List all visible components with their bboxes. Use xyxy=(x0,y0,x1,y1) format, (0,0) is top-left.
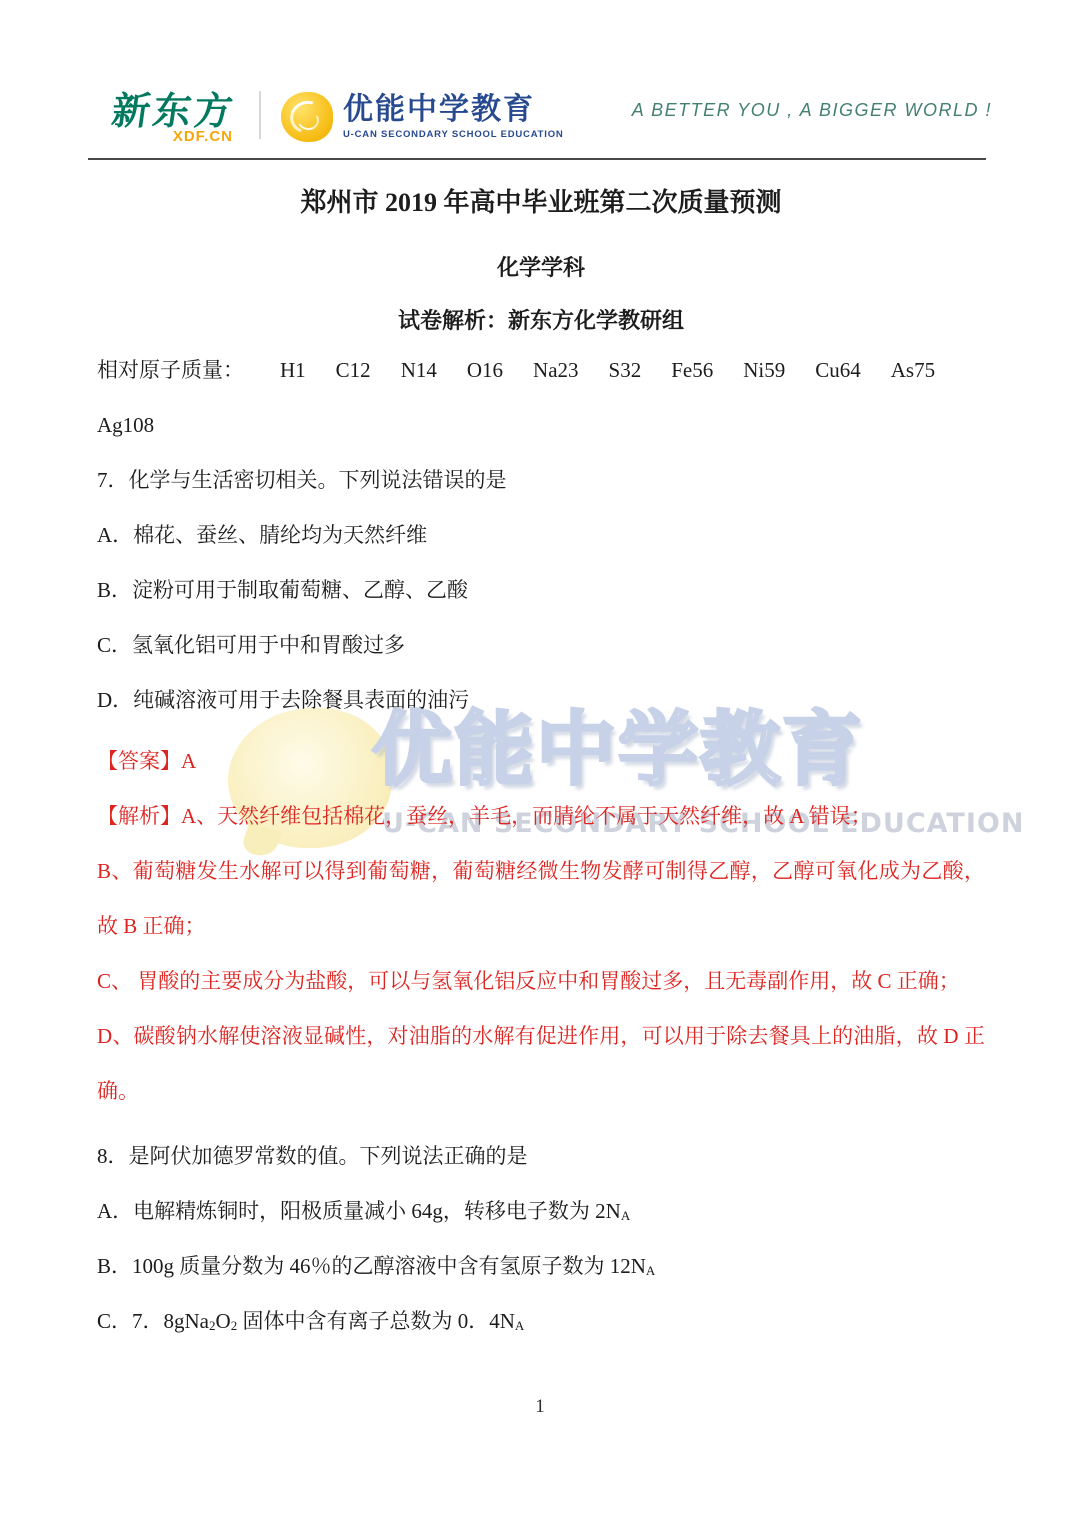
atomic-mass-item: Ni59 xyxy=(743,343,785,398)
page-header: 新东方 XDF.CN 优能中学教育 U-CAN SECONDARY SCHOOL… xyxy=(112,76,992,162)
avogadro-subscript: A xyxy=(621,1208,630,1223)
document-subject: 化学学科 xyxy=(97,251,985,282)
atomic-mass-item: As75 xyxy=(891,343,935,398)
document-content: 郑州市 2019 年高中毕业班第二次质量预测 化学学科 试卷解析：新东方化学教研… xyxy=(97,172,985,1349)
formula-subscript: 2 xyxy=(231,1318,238,1333)
atomic-masses-overflow: Ag108 xyxy=(97,398,985,453)
xdf-logo: 新东方 XDF.CN xyxy=(112,93,235,145)
q8-option-c-text: 固体中含有离子总数为 0．4N xyxy=(237,1309,515,1333)
q7-option-d: D．纯碱溶液可用于去除餐具表面的油污 xyxy=(97,673,985,728)
atomic-mass-item: Cu64 xyxy=(815,343,861,398)
atomic-mass-item: C12 xyxy=(336,343,371,398)
atomic-mass-item: N14 xyxy=(401,343,437,398)
atomic-mass-item: Fe56 xyxy=(671,343,713,398)
q7-option-a: A．棉花、蚕丝、腈纶均为天然纤维 xyxy=(97,508,985,563)
q7-analysis-b: B、葡萄糖发生水解可以得到葡萄糖，葡萄糖经微生物发酵可制得乙醇，乙醇可氧化成为乙… xyxy=(97,844,985,954)
q7-analysis-c: C、 胃酸的主要成分为盐酸，可以与氢氧化铝反应中和胃酸过多，且无毒副作用，故 C… xyxy=(97,954,985,1009)
xdf-logo-text: 新东方 xyxy=(109,93,237,131)
q8-option-c: C．7．8gNa2O2 固体中含有离子总数为 0．4NA xyxy=(97,1294,985,1349)
q7-analysis-a: 【解析】A、天然纤维包括棉花，蚕丝，羊毛，而腈纶不属于天然纤维，故 A 错误； xyxy=(97,789,985,844)
header-divider-line xyxy=(88,158,986,160)
q7-stem: 7．化学与生活密切相关。下列说法错误的是 xyxy=(97,453,985,508)
q8-option-c-text: C．7．8gNa xyxy=(97,1309,209,1333)
page-number: 1 xyxy=(0,1396,1080,1418)
q8-option-b-text: B．100g 质量分数为 46％的乙醇溶液中含有氢原子数为 12N xyxy=(97,1254,646,1278)
q7-analysis-d: D、碳酸钠水解使溶液显碱性，对油脂的水解有促进作用，可以用于除去餐具上的油脂，故… xyxy=(97,1009,985,1119)
ucan-name: 优能中学教育 xyxy=(343,94,564,126)
q8-stem: 8．是阿伏加德罗常数的值。下列说法正确的是 xyxy=(97,1129,985,1184)
atomic-mass-item: O16 xyxy=(467,343,503,398)
q8-option-a: A．电解精炼铜时，阳极质量减小 64g，转移电子数为 2NA xyxy=(97,1184,985,1239)
document-text: 相对原子质量： H1 C12 N14 O16 Na23 S32 Fe56 Ni5… xyxy=(97,343,985,1349)
ucan-logo-text: 优能中学教育 U-CAN SECONDARY SCHOOL EDUCATION xyxy=(343,94,564,140)
atomic-mass-item: H1 xyxy=(280,343,306,398)
q7-option-b: B．淀粉可用于制取葡萄糖、乙醇、乙酸 xyxy=(97,563,985,618)
atomic-mass-item: Na23 xyxy=(533,343,579,398)
avogadro-subscript: A xyxy=(515,1318,524,1333)
formula-subscript: 2 xyxy=(209,1318,216,1333)
q8-option-b: B．100g 质量分数为 46％的乙醇溶液中含有氢原子数为 12NA xyxy=(97,1239,985,1294)
atomic-masses-line: 相对原子质量： H1 C12 N14 O16 Na23 S32 Fe56 Ni5… xyxy=(97,343,985,398)
q7-option-c: C．氢氧化铝可用于中和胃酸过多 xyxy=(97,618,985,673)
brand-slogan: A BETTER YOU , A BIGGER WORLD ! xyxy=(632,100,992,121)
ucan-subtitle: U-CAN SECONDARY SCHOOL EDUCATION xyxy=(343,129,564,140)
q7-answer: 【答案】A xyxy=(97,734,985,789)
atomic-mass-item: S32 xyxy=(609,343,642,398)
avogadro-subscript: A xyxy=(646,1263,655,1278)
logo-divider xyxy=(259,91,261,139)
document-title: 郑州市 2019 年高中毕业班第二次质量预测 xyxy=(97,182,985,219)
ucan-logo: 优能中学教育 U-CAN SECONDARY SCHOOL EDUCATION xyxy=(281,92,564,142)
q8-option-c-text: O xyxy=(216,1309,231,1333)
document-byline: 试卷解析：新东方化学教研组 xyxy=(97,304,985,335)
q8-option-a-text: A．电解精炼铜时，阳极质量减小 64g，转移电子数为 2N xyxy=(97,1199,621,1223)
yes-you-can-brain-icon xyxy=(281,92,333,142)
atomic-masses-label: 相对原子质量： xyxy=(97,343,244,398)
